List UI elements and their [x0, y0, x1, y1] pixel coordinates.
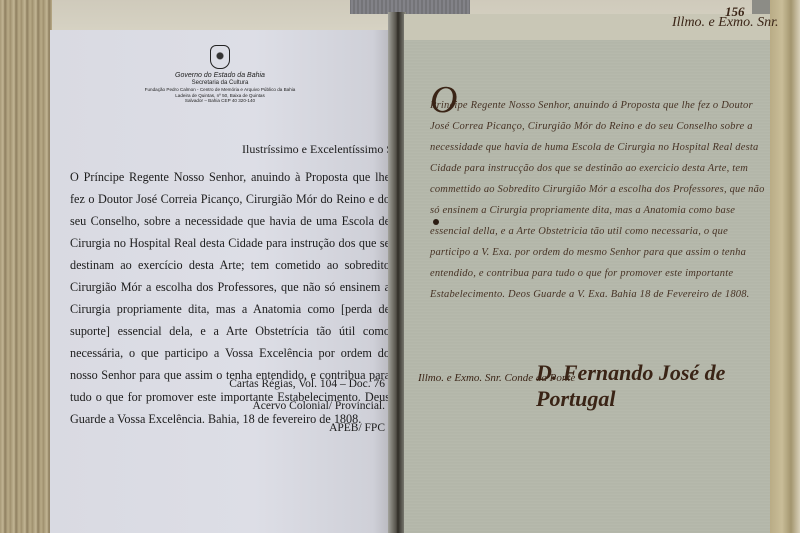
address-line-2: Salvador – Bahia CEP 40 320-140: [50, 98, 390, 104]
government-name: Governo do Estado da Bahia: [50, 72, 390, 80]
citation-collection: Acervo Colonial/ Provincial. APEB/ FPC: [220, 395, 385, 439]
manuscript-body: Principe Regente Nosso Senhor, anuindo á…: [430, 95, 765, 305]
book-page-edges-left: [0, 0, 52, 533]
background-cloth: [350, 0, 470, 14]
book-page-edges-right: [770, 0, 800, 533]
secretariat-name: Secretaria da Cultura: [50, 80, 390, 87]
archive-letterhead: Governo do Estado da Bahia Secretaria da…: [50, 45, 390, 104]
manuscript-signature: D. Fernando José de Portugal: [536, 360, 800, 412]
manuscript-header: Illmo. e Exmo. Snr.: [672, 15, 779, 31]
coat-of-arms-icon: [210, 45, 230, 69]
ink-blot: [433, 219, 439, 225]
archive-citation: Cartas Régias, Vol. 104 – Doc. 76 Acervo…: [220, 373, 385, 439]
citation-volume: Cartas Régias, Vol. 104 – Doc. 76: [220, 373, 385, 395]
